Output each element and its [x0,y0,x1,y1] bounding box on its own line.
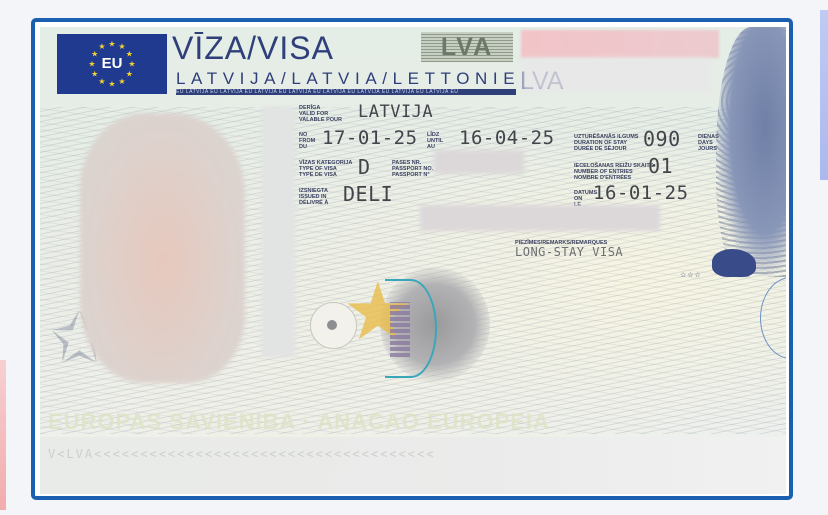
valid-for-label: Derīga Valid for Valable pour [299,105,342,123]
until-label: Līdz Until Au [427,132,443,150]
country-stamp: LVA [421,32,513,62]
entries-label: Iecelošanas reižu skaits Number of entri… [574,163,653,181]
type-of-visa-label: Vīzas kategorija Type of visa Type de vi… [299,160,352,178]
remarks-value: LONG-STAY VISA [515,245,623,259]
svg-text:★: ★ [108,40,115,49]
bottom-security-band: EUROPAS SAVIENIBA · ANACAO EUROPEIA [48,409,550,435]
passport-no-label: Pases Nr. Passport No. Passport N° [392,160,433,178]
duration-label: Uzturēšanās ilgums Duration of stay Duré… [574,134,638,152]
svg-text:★: ★ [118,77,125,86]
security-pattern [716,27,786,277]
issued-in-label: Izsniegta Issued in Délivré à [299,188,328,206]
visa-title: VĪZA/VISA [172,30,334,67]
redacted-holder-name [420,205,660,231]
seal-dot [327,320,337,330]
valid-for-value: LATVIJA [358,102,433,122]
eu-flag-icon: ★★★★★★★★★★★★ EU [57,34,167,94]
redacted-area-top [521,30,719,58]
duration-value: 090 [643,127,681,151]
until-value: 16-04-25 [459,127,555,149]
svg-text:★: ★ [108,80,115,89]
redacted-mrz [40,437,786,494]
security-seal: ★ [290,267,490,387]
background-edge-left [0,360,6,510]
from-value: 17-01-25 [322,127,418,149]
mrz-line: V<LVA<<<<<<<<<<<<<<<<<<<<<<<<<<<<<<<<<<<… [48,447,435,461]
redacted-area-top-secondary [521,58,711,92]
redacted-photo [80,113,245,383]
country-line: LATVIJA/LATVIA/LETTONIE [176,69,520,89]
entries-value: 01 [648,154,673,178]
type-of-visa-value: D [358,155,371,179]
from-label: No From Du [299,132,315,150]
svg-text:★: ★ [98,42,105,51]
microprint-line: EU LATVIJA EU LATVIJA EU LATVIJA EU LATV… [176,89,516,95]
ovd-strip [390,302,410,357]
visa-sticker: ★★★★★★★★★★★★ EU VĪZA/VISA LVA LATVIJA/LA… [40,27,786,494]
svg-text:★: ★ [118,42,125,51]
svg-text:★: ★ [98,77,105,86]
redacted-passport-number [434,150,524,174]
background-edge-right [820,10,828,180]
date-of-issue-value: 16-01-25 [593,182,689,204]
duration-unit-label: Dienas Days Jours [698,134,719,152]
emblem-stars-icon: ☆☆☆ ☆☆ [680,271,752,279]
eu-flag-label: EU [57,55,167,72]
issued-in-value: DELI [343,182,393,206]
